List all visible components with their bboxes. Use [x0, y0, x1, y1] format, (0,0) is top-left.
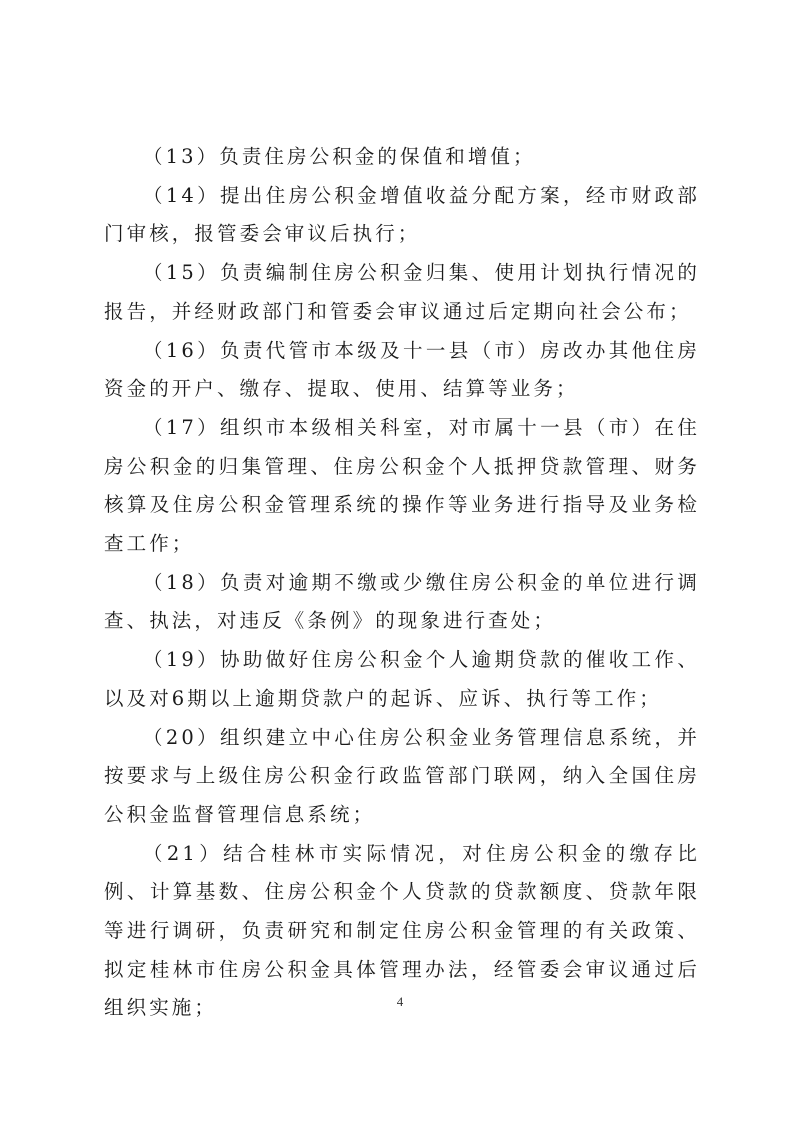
document-body: （13）负责住房公积金的保值和增值； （14）提出住房公积金增值收益分配方案，经…	[104, 138, 700, 1028]
paragraph-item-15: （15）负责编制住房公积金归集、使用计划执行情况的报告，并经财政部门和管委会审议…	[104, 254, 700, 331]
paragraph-item-18: （18）负责对逾期不缴或少缴住房公积金的单位进行调查、执法，对违反《条例》的现象…	[104, 564, 700, 641]
paragraph-item-17: （17）组织市本级相关科室，对市属十一县（市）在住房公积金的归集管理、住房公积金…	[104, 409, 700, 564]
paragraph-item-13: （13）负责住房公积金的保值和增值；	[104, 138, 700, 177]
paragraph-item-19: （19）协助做好住房公积金个人逾期贷款的催收工作、以及对6期以上逾期贷款户的起诉…	[104, 641, 700, 718]
paragraph-item-16: （16）负责代管市本级及十一县（市）房改办其他住房资金的开户、缴存、提取、使用、…	[104, 332, 700, 409]
paragraph-item-20: （20）组织建立中心住房公积金业务管理信息系统，并按要求与上级住房公积金行政监管…	[104, 719, 700, 835]
document-page: （13）负责住房公积金的保值和增值； （14）提出住房公积金增值收益分配方案，经…	[0, 0, 800, 1131]
paragraph-item-14: （14）提出住房公积金增值收益分配方案，经市财政部门审核，报管委会审议后执行；	[104, 177, 700, 254]
page-number: 4	[0, 994, 800, 1010]
